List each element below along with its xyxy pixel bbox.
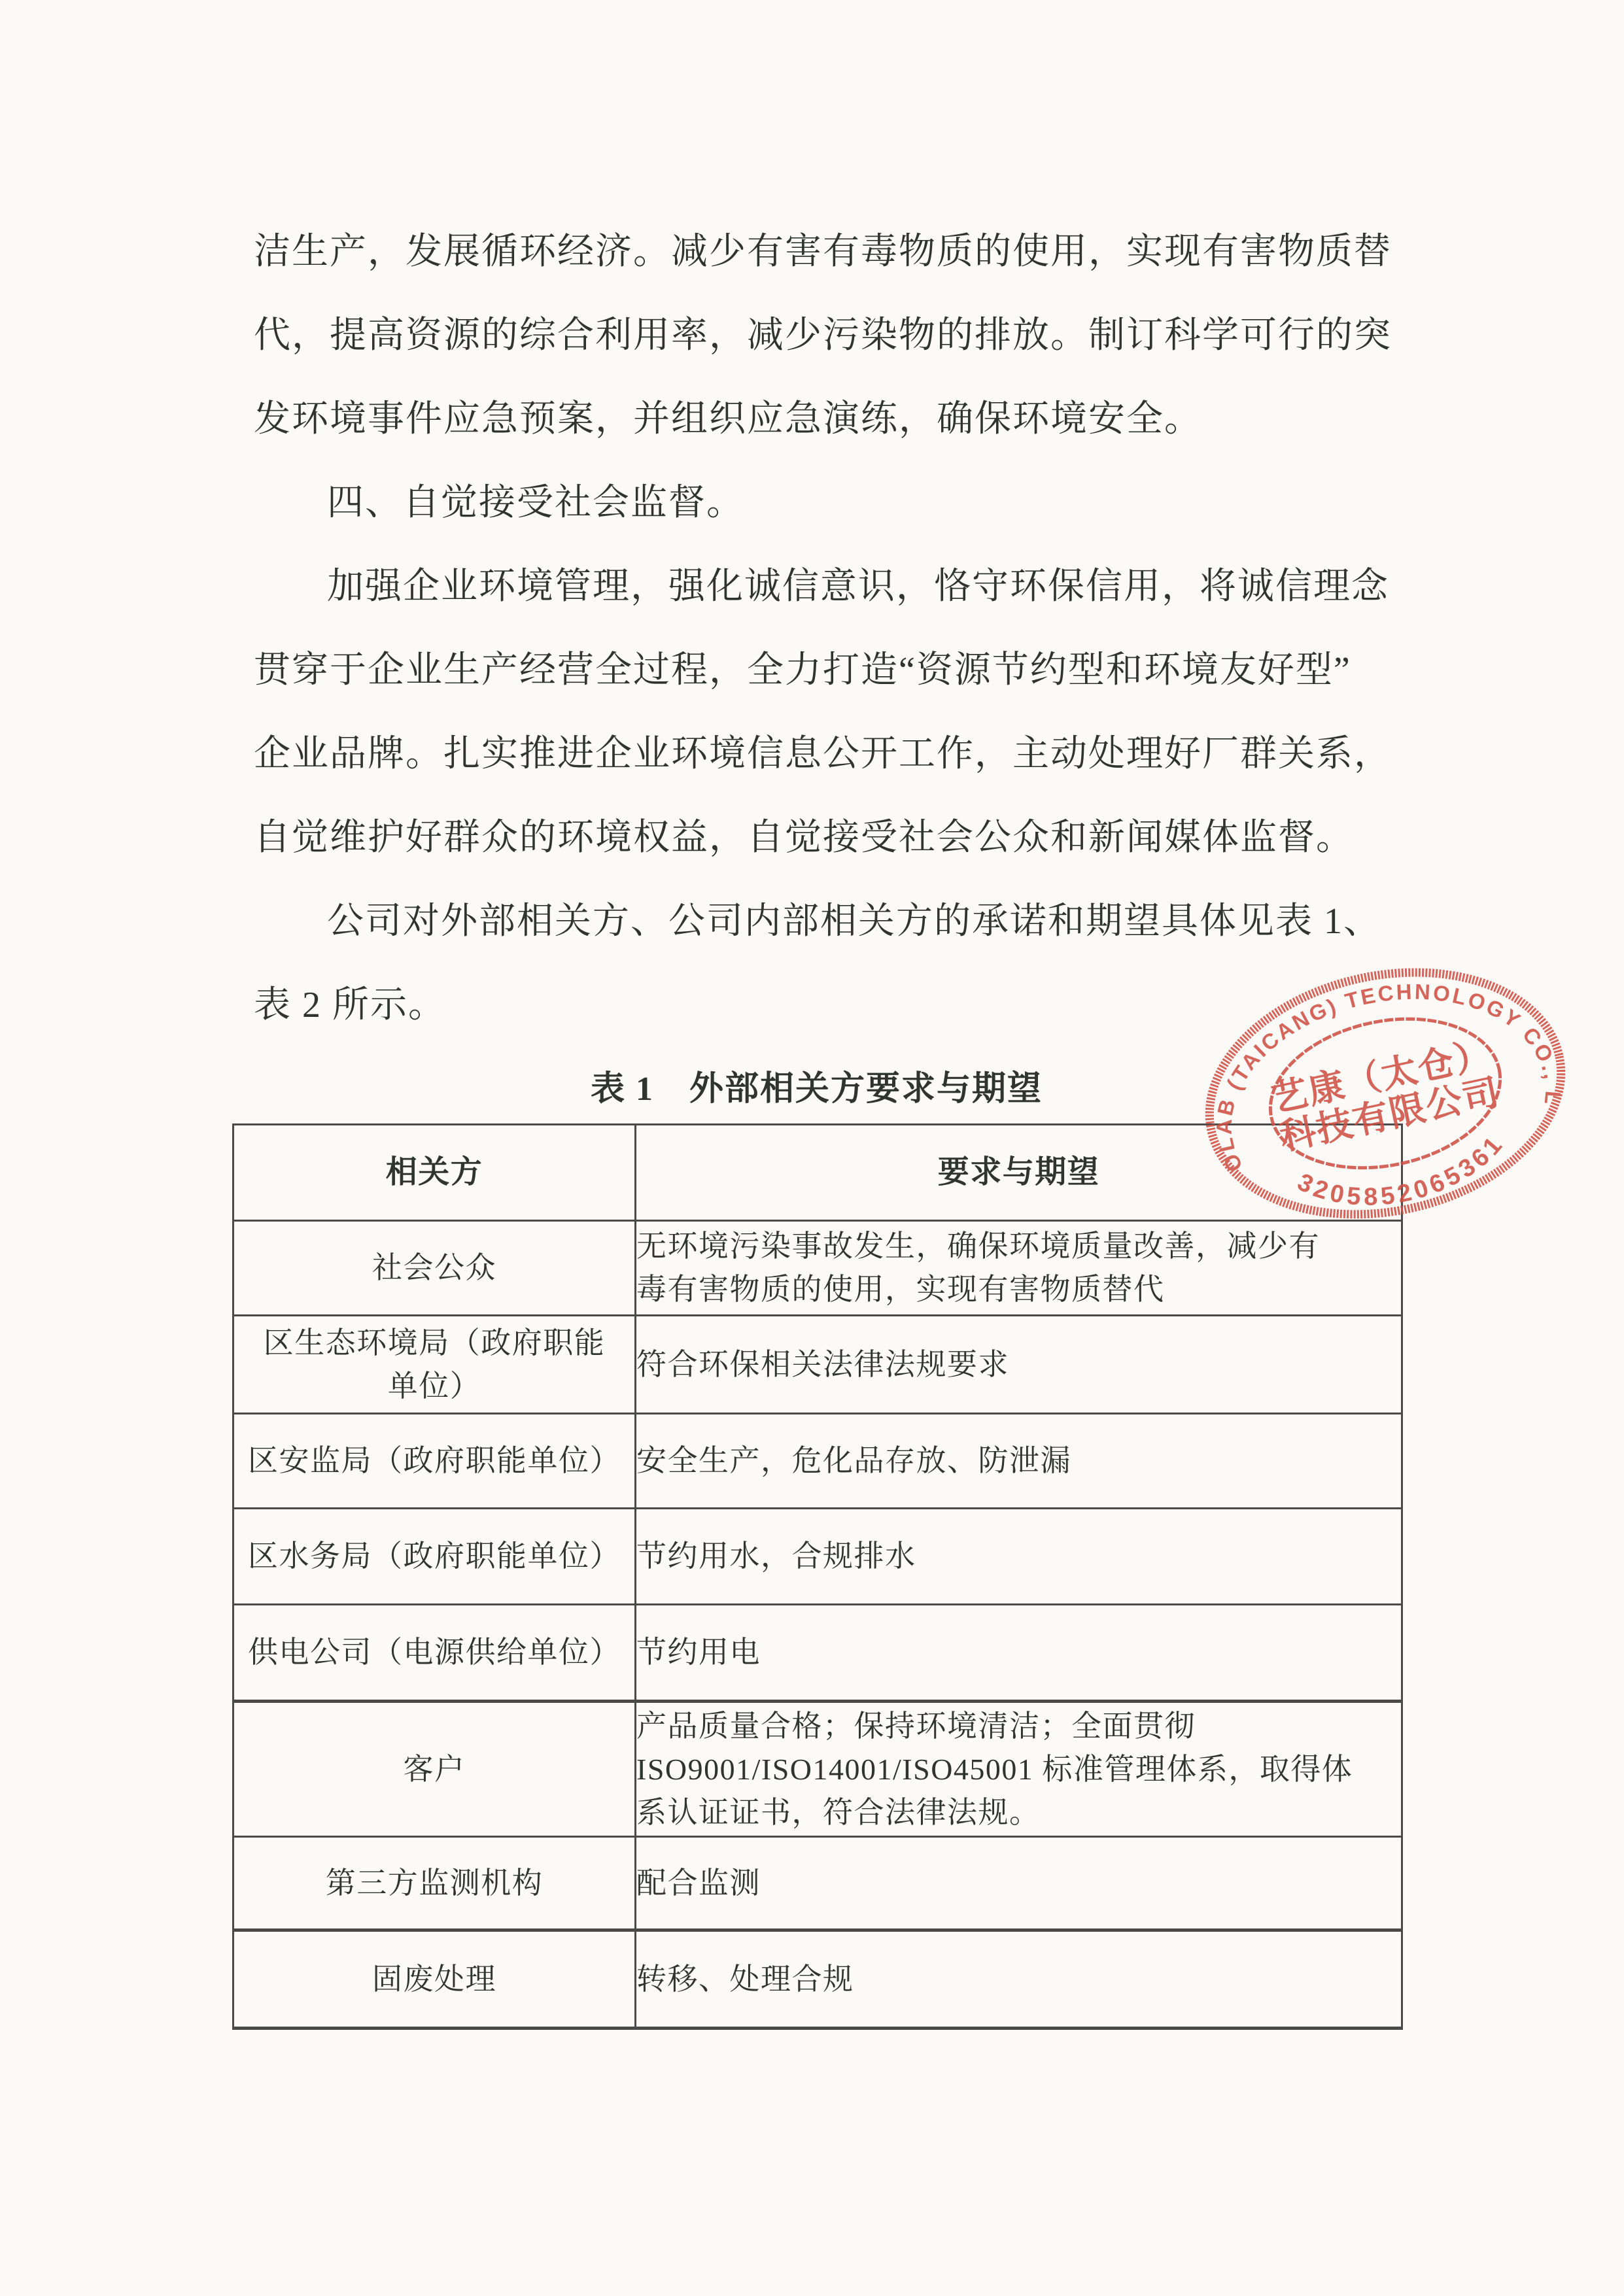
table-header-row: 相关方 要求与期望 — [233, 1125, 1402, 1221]
expectation-cell: 转移、处理合规 — [636, 1930, 1402, 2029]
body-line: 发环境事件应急预案，并组织应急演练，确保环境安全。 — [254, 377, 1406, 461]
body-line: 公司对外部相关方、公司内部相关方的承诺和期望具体见表 1、 — [254, 880, 1406, 963]
expectation-cell: 安全生产，危化品存放、防泄漏 — [636, 1414, 1402, 1509]
party-cell: 区水务局（政府职能单位） — [233, 1509, 636, 1605]
table-row: 区安监局（政府职能单位） 安全生产，危化品存放、防泄漏 — [233, 1414, 1402, 1509]
body-line: 企业品牌。扎实推进企业环境信息公开工作，主动处理好厂群关系， — [254, 712, 1406, 796]
party-cell: 区安监局（政府职能单位） — [233, 1414, 636, 1509]
expectation-cell: 无环境污染事故发生，确保环境质量改善，减少有 毒有害物质的使用，实现有害物质替代 — [636, 1221, 1402, 1316]
body-line: 贯穿于企业生产经营全过程，全力打造“资源节约型和环境友好型” — [254, 628, 1406, 712]
body-text: 洁生产，发展循环经济。减少有害有毒物质的使用，实现有害物质替 代，提高资源的综合… — [254, 210, 1406, 1047]
table-row: 社会公众 无环境污染事故发生，确保环境质量改善，减少有 毒有害物质的使用，实现有… — [233, 1221, 1402, 1316]
party-cell: 固废处理 — [233, 1930, 636, 2029]
table-caption: 表 1 外部相关方要求与期望 — [232, 1065, 1401, 1114]
body-line: 加强企业环境管理，强化诚信意识，恪守环保信用，将诚信理念 — [254, 545, 1406, 628]
table-row: 第三方监测机构 配合监测 — [233, 1837, 1402, 1930]
body-line: 表 2 所示。 — [254, 963, 1406, 1047]
expectation-cell: 节约用电 — [636, 1605, 1402, 1702]
header-party: 相关方 — [233, 1125, 636, 1221]
party-cell: 社会公众 — [233, 1221, 636, 1316]
table-row: 区生态环境局（政府职能 单位） 符合环保相关法律法规要求 — [233, 1316, 1402, 1414]
expectation-cell: 产品质量合格；保持环境清洁；全面贯彻 ISO9001/ISO14001/ISO4… — [636, 1702, 1402, 1837]
header-expectation: 要求与期望 — [636, 1125, 1402, 1221]
expectation-cell: 符合环保相关法律法规要求 — [636, 1316, 1402, 1414]
party-cell: 供电公司（电源供给单位） — [233, 1605, 636, 1702]
body-line: 洁生产，发展循环经济。减少有害有毒物质的使用，实现有害物质替 — [254, 210, 1406, 294]
body-line: 代，提高资源的综合利用率，减少污染物的排放。制订科学可行的突 — [254, 294, 1406, 377]
party-cell: 客户 — [233, 1702, 636, 1837]
body-line: 四、自觉接受社会监督。 — [254, 461, 1406, 545]
table-row: 供电公司（电源供给单位） 节约用电 — [233, 1605, 1402, 1702]
table-row: 固废处理 转移、处理合规 — [233, 1930, 1402, 2029]
external-parties-table: 相关方 要求与期望 社会公众 无环境污染事故发生，确保环境质量改善，减少有 毒有… — [232, 1123, 1403, 2030]
expectation-cell: 配合监测 — [636, 1837, 1402, 1930]
body-line: 自觉维护好群众的环境权益，自觉接受社会公众和新闻媒体监督。 — [254, 796, 1406, 880]
table-row: 客户 产品质量合格；保持环境清洁；全面贯彻 ISO9001/ISO14001/I… — [233, 1702, 1402, 1837]
party-cell: 区生态环境局（政府职能 单位） — [233, 1316, 636, 1414]
table-row: 区水务局（政府职能单位） 节约用水，合规排水 — [233, 1509, 1402, 1605]
party-cell: 第三方监测机构 — [233, 1837, 636, 1930]
expectation-cell: 节约用水，合规排水 — [636, 1509, 1402, 1605]
